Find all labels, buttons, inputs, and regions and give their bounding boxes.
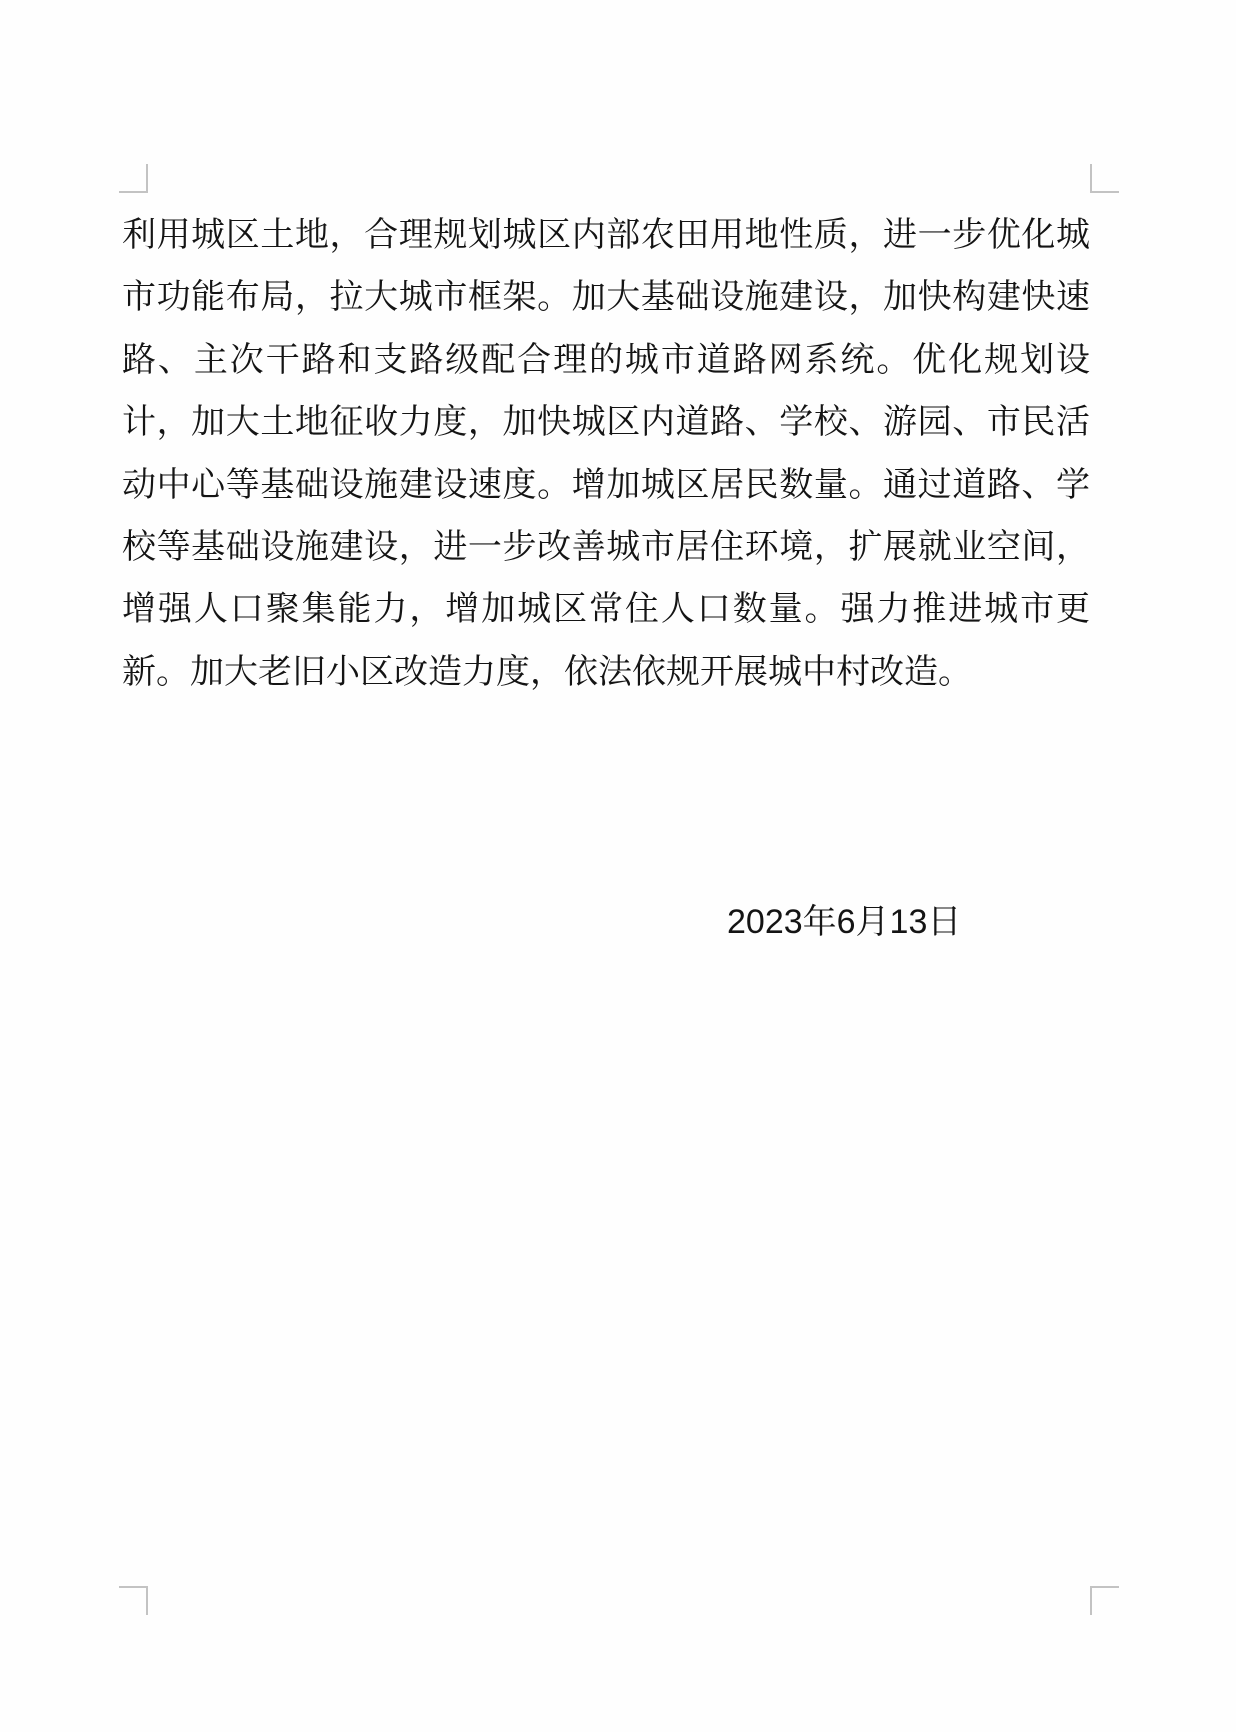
document-page: 利用城区土地，合理规划城区内部农田用地性质，进一步优化城 市功能布局，拉大城市框…: [0, 0, 1236, 1732]
paragraph-line: 新。加大老旧小区改造力度，依法依规开展城中村改造。: [122, 641, 1090, 703]
paragraph-line: 增强人口聚集能力，增加城区常住人口数量。强力推进城市更: [122, 578, 1090, 640]
crop-mark-top-right-icon: [1090, 164, 1119, 193]
paragraph-line: 计，加大土地征收力度，加快城区内道路、学校、游园、市民活: [122, 391, 1090, 453]
paragraph-line: 市功能布局，拉大城市框架。加大基础设施建设，加快构建快速: [122, 266, 1090, 328]
crop-mark-bottom-right-icon: [1090, 1586, 1119, 1615]
body-paragraph: 利用城区土地，合理规划城区内部农田用地性质，进一步优化城 市功能布局，拉大城市框…: [122, 204, 1090, 703]
crop-mark-bottom-left-icon: [119, 1586, 148, 1615]
paragraph-line: 动中心等基础设施建设速度。增加城区居民数量。通过道路、学: [122, 454, 1090, 516]
paragraph-line: 校等基础设施建设，进一步改善城市居住环境，扩展就业空间，: [122, 516, 1090, 578]
document-date: 2023年6月13日: [727, 891, 961, 953]
paragraph-line: 利用城区土地，合理规划城区内部农田用地性质，进一步优化城: [122, 204, 1090, 266]
crop-mark-top-left-icon: [119, 164, 148, 193]
paragraph-line: 路、主次干路和支路级配合理的城市道路网系统。优化规划设: [122, 329, 1090, 391]
